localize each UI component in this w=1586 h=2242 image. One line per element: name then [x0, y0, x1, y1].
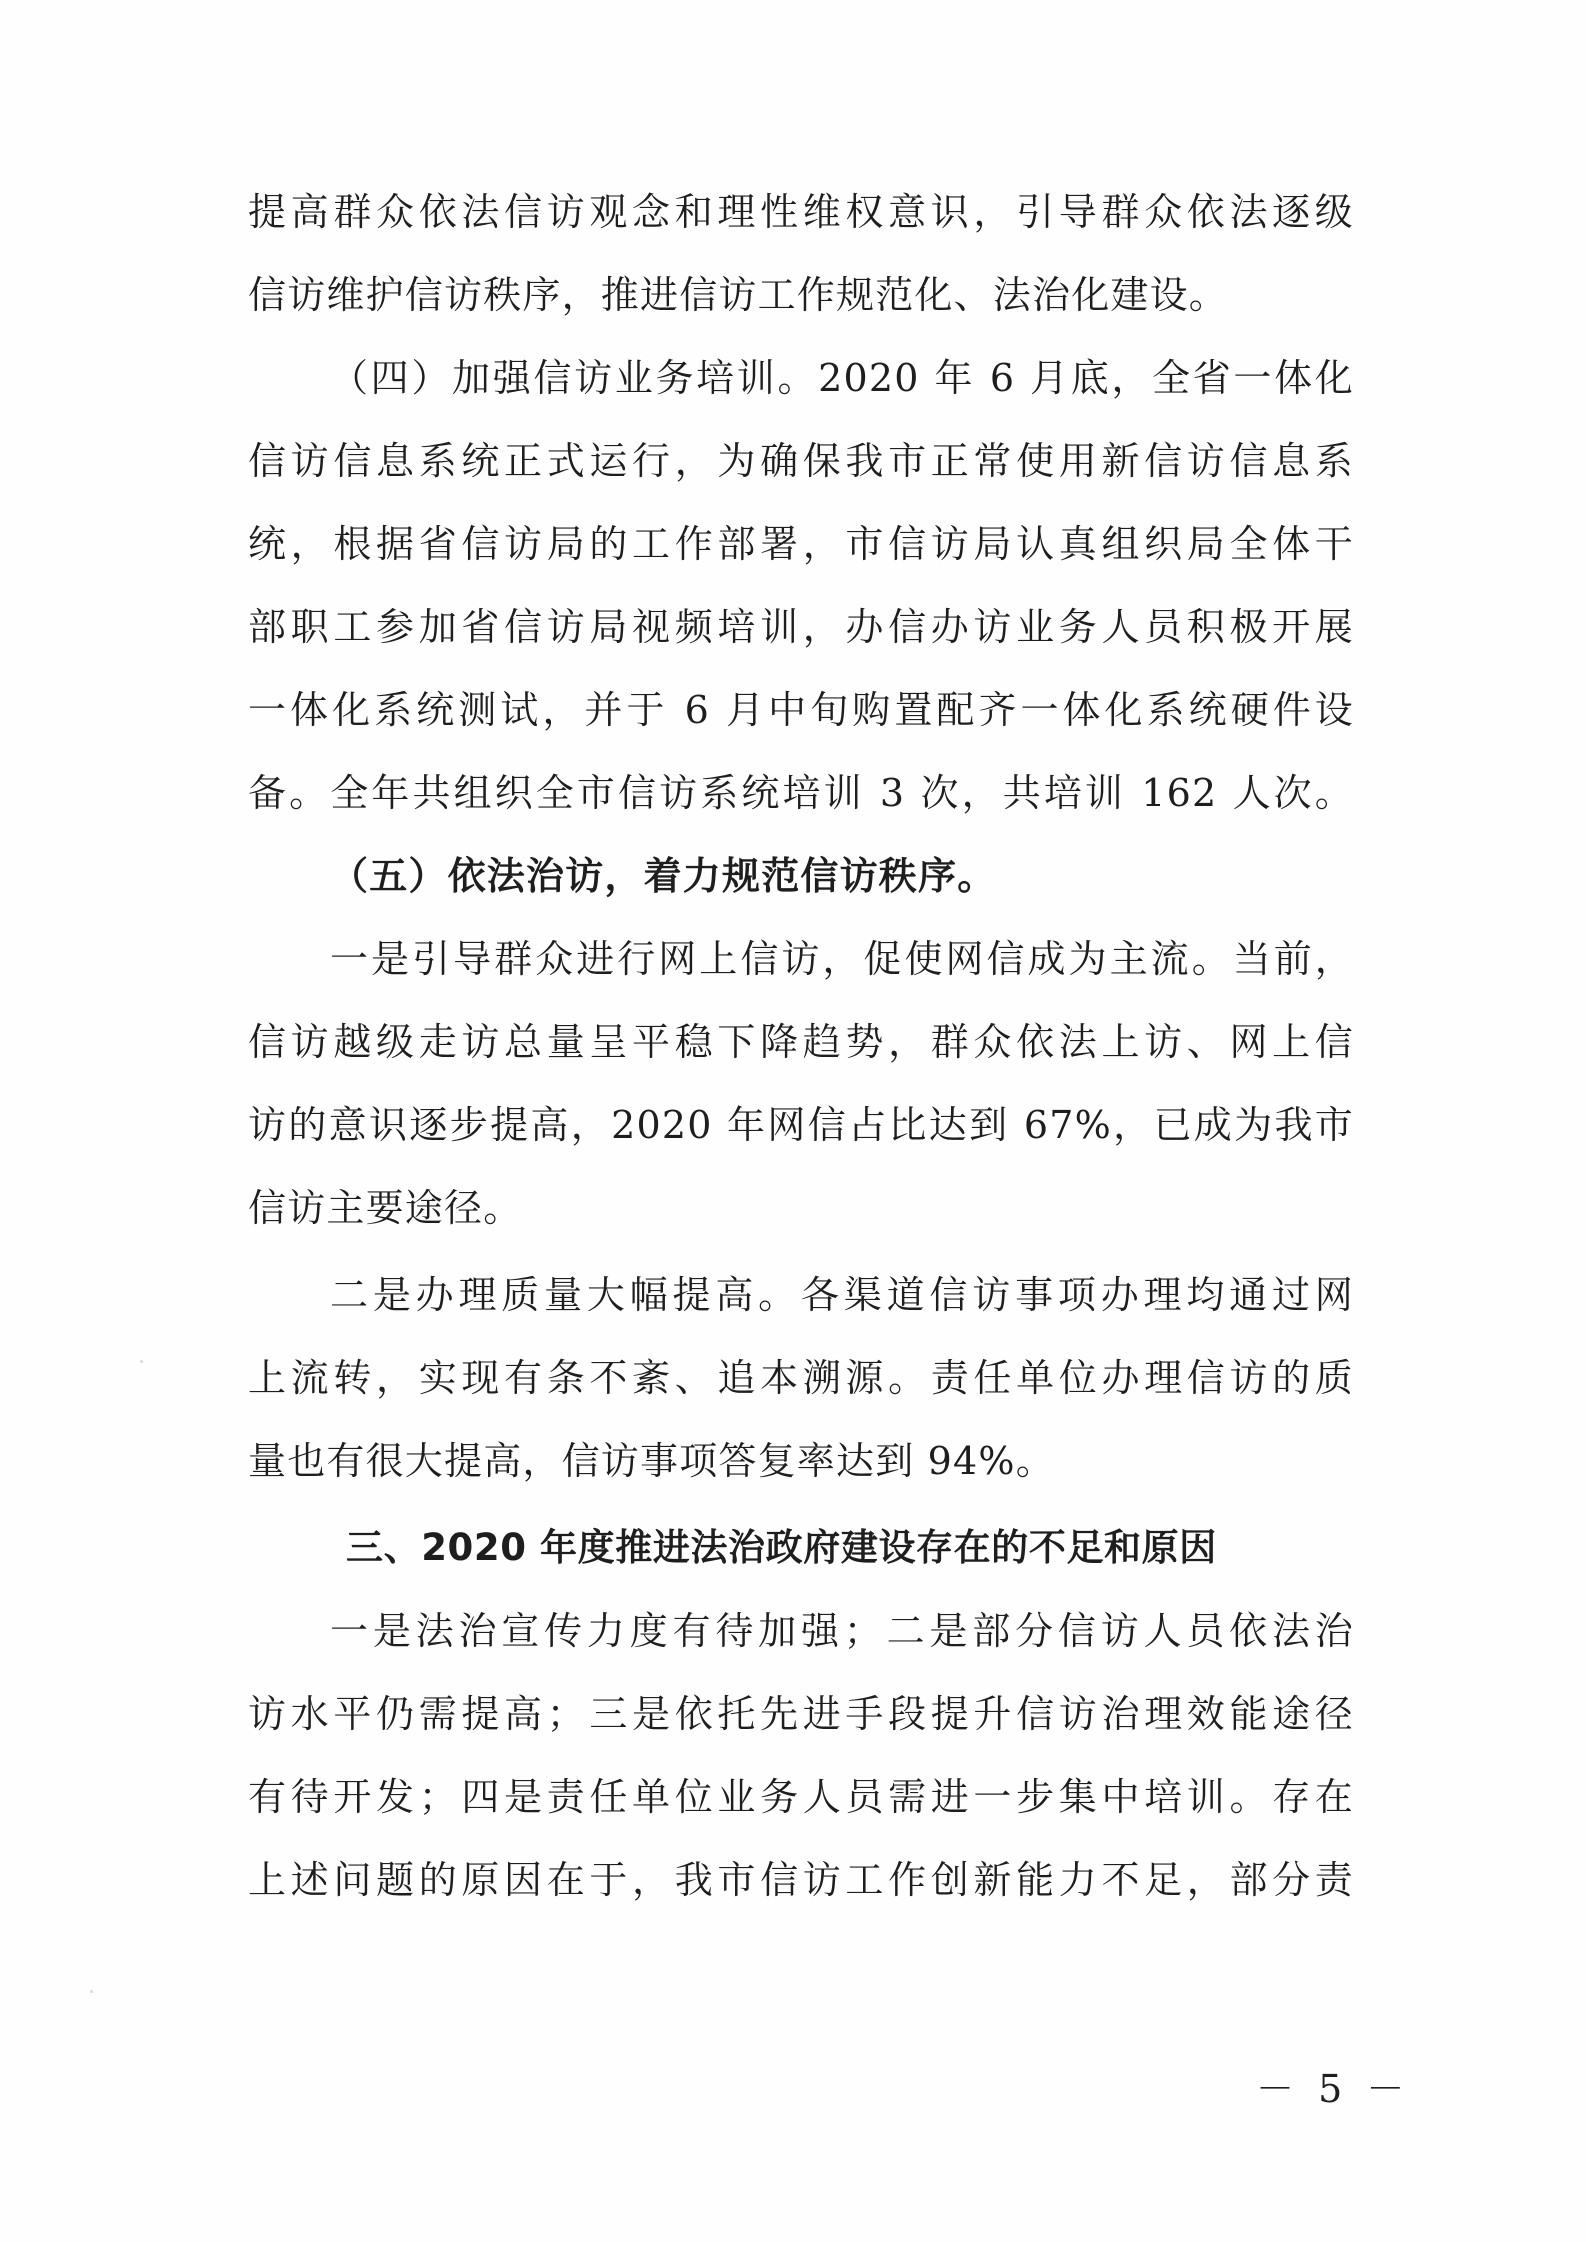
- body-text-line: 备。全年共组织全市信访系统培训 3 次，共培训 162 人次。: [248, 768, 1354, 818]
- body-text-line: 部职工参加省信访局视频培训，办信办访业务人员积极开展: [248, 602, 1354, 652]
- section-5-point-2-first-line: 二是办理质量大幅提高。各渠道信访事项办理均通过网: [330, 1270, 1354, 1320]
- body-text-line: 上流转，实现有条不紊、追本溯源。责任单位办理信访的质: [248, 1353, 1354, 1403]
- section-5-point-1-first-line: 一是引导群众进行网上信访，促使网信成为主流。当前，: [330, 934, 1354, 984]
- part-3-body-first-line: 一是法治宣传力度有待加强；二是部分信访人员依法治: [330, 1606, 1354, 1656]
- body-text-line: 访水平仍需提高；三是依托先进手段提升信访治理效能途径: [248, 1689, 1354, 1739]
- part-3-heading: 三、2020 年度推进法治政府建设存在的不足和原因: [346, 1523, 1336, 1573]
- body-text-line: 信访维护信访秩序，推进信访工作规范化、法治化建设。: [248, 270, 1354, 320]
- scan-speck: [90, 1990, 93, 1993]
- body-text-line: 提高群众依法信访观念和理性维权意识，引导群众依法逐级: [248, 187, 1354, 237]
- body-text-line: 访的意识逐步提高，2020 年网信占比达到 67%，已成为我市: [248, 1100, 1354, 1150]
- scan-speck: [140, 1360, 143, 1363]
- document-page: 提高群众依法信访观念和理性维权意识，引导群众依法逐级 信访维护信访秩序，推进信访…: [0, 0, 1586, 2242]
- section-4-first-line: （四）加强信访业务培训。2020 年 6 月底，全省一体化: [330, 353, 1354, 403]
- section-5-heading: （五）依法治访，着力规范信访秩序。: [330, 851, 1354, 901]
- body-text-line: 信访越级走访总量呈平稳下降趋势，群众依法上访、网上信: [248, 1017, 1354, 1067]
- body-text-line: 信访主要途径。: [248, 1183, 1354, 1233]
- body-text-line: 上述问题的原因在于，我市信访工作创新能力不足，部分责: [248, 1855, 1354, 1905]
- body-text-line: 量也有很大提高，信访事项答复率达到 94%。: [248, 1436, 1354, 1486]
- body-text-line: 一体化系统测试，并于 6 月中旬购置配齐一体化系统硬件设: [248, 685, 1354, 735]
- body-text-line: 信访信息系统正式运行，为确保我市正常使用新信访信息系: [248, 436, 1354, 486]
- body-text-line: 有待开发；四是责任单位业务人员需进一步集中培训。存在: [248, 1772, 1354, 1822]
- body-text-line: 统，根据省信访局的工作部署，市信访局认真组织局全体干: [248, 519, 1354, 569]
- page-number: － 5 －: [1256, 2064, 1410, 2114]
